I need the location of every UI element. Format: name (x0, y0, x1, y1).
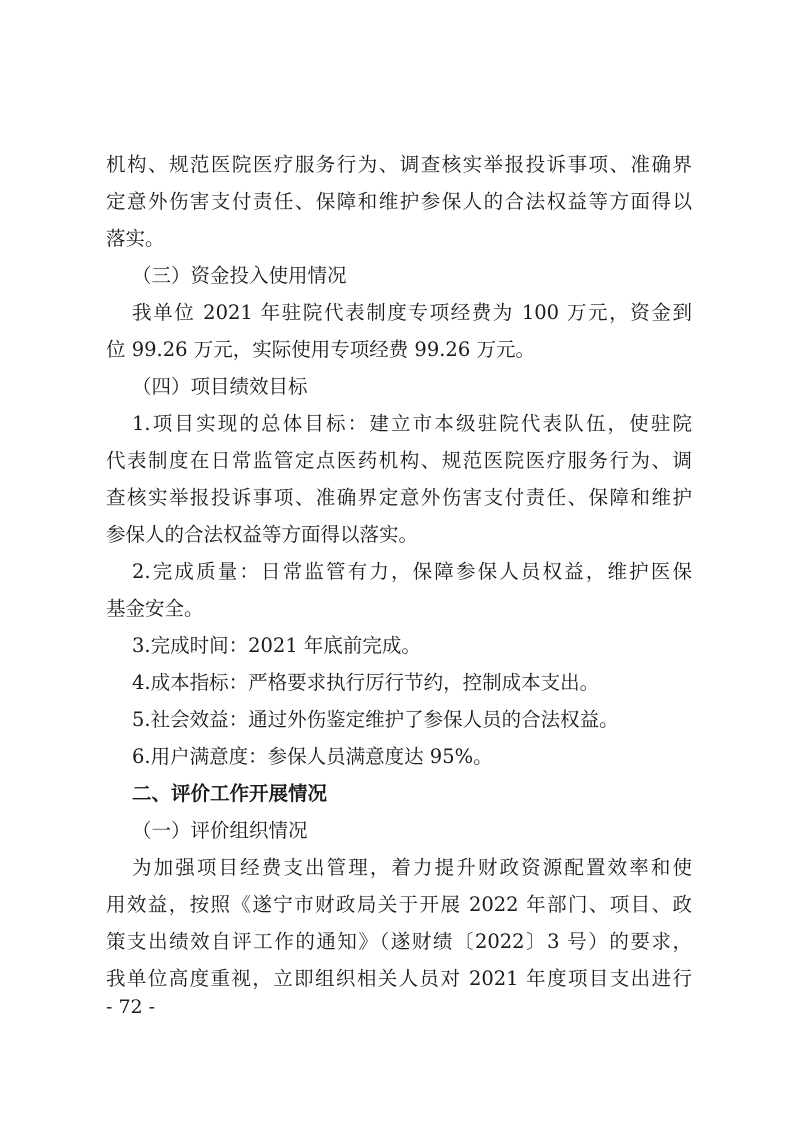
page-number: - 72 - (106, 994, 155, 1020)
chapter-heading-evaluation: 二、评价工作开展情况 (132, 780, 692, 808)
paragraph-line: 为加强项目经费支出管理，着力提升财政资源配置效率和使 (132, 854, 692, 882)
section-heading-funds: （三）资金投入使用情况 (132, 262, 692, 290)
paragraph-line: 参保人的合法权益等方面得以落实。 (106, 521, 692, 549)
paragraph-line: 3.完成时间：2021 年底前完成。 (132, 632, 692, 660)
paragraph-line: 落实。 (106, 225, 692, 253)
paragraph-line: 查核实举报投诉事项、准确界定意外伤害支付责任、保障和维护 (106, 484, 692, 512)
section-heading-goals: （四）项目绩效目标 (132, 373, 692, 401)
paragraph-line: 2.完成质量：日常监管有力，保障参保人员权益，维护医保 (132, 558, 692, 586)
paragraph-line: 策支出绩效自评工作的通知》（遂财绩〔2022〕3 号）的要求， (106, 928, 692, 956)
document-page: 机构、规范医院医疗服务行为、调查核实举报投诉事项、准确界 定意外伤害支付责任、保… (0, 0, 793, 1122)
paragraph-line: 用效益，按照《遂宁市财政局关于开展 2022 年部门、项目、政 (106, 891, 692, 919)
paragraph-line: 定意外伤害支付责任、保障和维护参保人的合法权益等方面得以 (106, 188, 692, 216)
paragraph-line: 6.用户满意度：参保人员满意度达 95%。 (132, 743, 692, 771)
paragraph-line: 我单位 2021 年驻院代表制度专项经费为 100 万元，资金到 (132, 299, 692, 327)
paragraph-line: 位 99.26 万元，实际使用专项经费 99.26 万元。 (106, 336, 692, 364)
paragraph-line: 5.社会效益：通过外伤鉴定维护了参保人员的合法权益。 (132, 706, 692, 734)
paragraph-line: 1.项目实现的总体目标：建立市本级驻院代表队伍，使驻院 (132, 410, 692, 438)
paragraph-line: 机构、规范医院医疗服务行为、调查核实举报投诉事项、准确界 (106, 151, 692, 179)
paragraph-line: 代表制度在日常监管定点医药机构、规范医院医疗服务行为、调 (106, 447, 692, 475)
section-heading-organization: （一）评价组织情况 (132, 817, 692, 845)
paragraph-line: 我单位高度重视，立即组织相关人员对 2021 年度项目支出进行 (106, 965, 692, 993)
paragraph-line: 基金安全。 (106, 595, 692, 623)
paragraph-line: 4.成本指标：严格要求执行厉行节约，控制成本支出。 (132, 669, 692, 697)
